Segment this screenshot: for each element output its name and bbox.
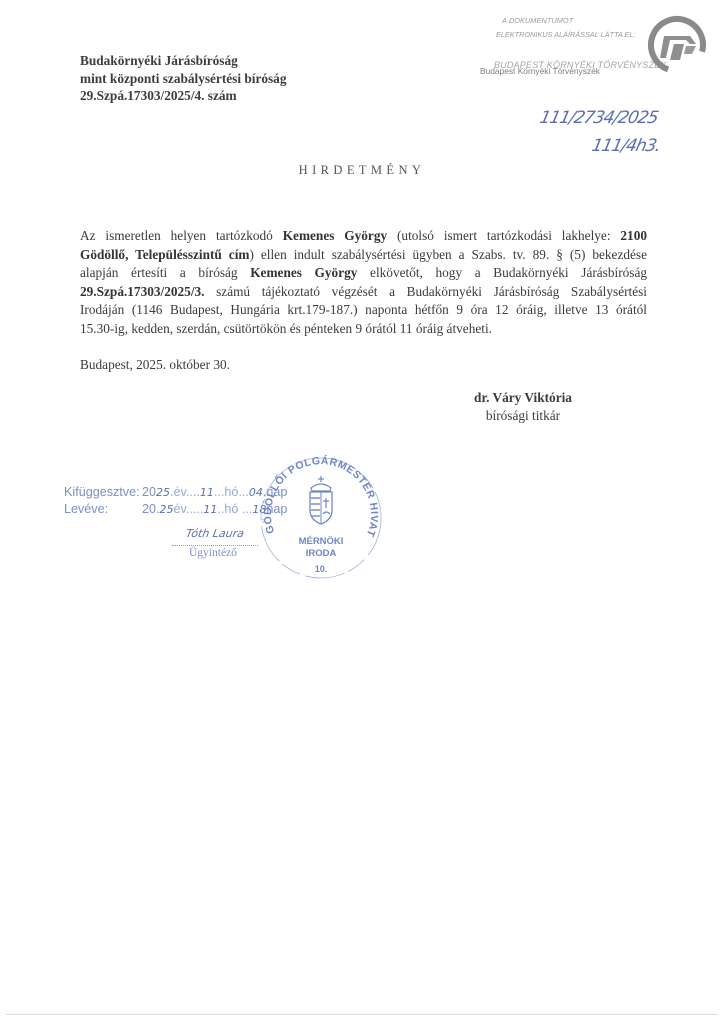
- body-line: alapján értesíti a bíróság Kemenes Györg…: [80, 264, 647, 283]
- esign-line-2: ELEKTRONIKUS ALÁÍRÁSSAL LÁTTA EL:: [496, 30, 636, 39]
- body-emphasis: 2100: [620, 228, 647, 243]
- document-title: HIRDETMÉNY: [0, 163, 724, 178]
- esign-line-1: A DOKUMENTUMOT: [502, 16, 573, 25]
- body-line: Az ismeretlen helyen tartózkodó Kemenes …: [80, 227, 647, 246]
- posted-year-handwritten: 25: [156, 486, 170, 499]
- official-signature: Tóth Laura: [185, 527, 245, 540]
- body-text: alapján értesíti a bíróság: [80, 265, 250, 280]
- notice-body: Az ismeretlen helyen tartózkodó Kemenes …: [80, 227, 647, 339]
- court-name: Budakörnyéki Járásbíróság: [80, 52, 286, 70]
- body-text: 15.30-ig, kedden, szerdán, csütörtökön é…: [80, 321, 492, 336]
- body-emphasis: Gödöllő, Településszintű cím: [80, 247, 249, 262]
- posted-label: Kifüggesztve:: [64, 484, 142, 501]
- body-line: 15.30-ig, kedden, szerdán, csütörtökön é…: [80, 320, 647, 339]
- body-emphasis: Kemenes György: [283, 228, 387, 243]
- court-header: Budakörnyéki Járásbíróság mint központi …: [80, 52, 286, 105]
- handwritten-sub-number: 111/4h3.: [590, 136, 662, 156]
- page-bottom-border: [6, 1014, 718, 1015]
- seal-center-line-2: IRODA: [306, 548, 337, 559]
- removed-row: Levéve:20.25év.....11..hó ...18nap: [64, 501, 287, 518]
- court-role: mint központi szabálysértési bíróság: [80, 70, 286, 88]
- posting-stamp: Kifüggesztve:2025.év....11...hó...04.nap…: [64, 484, 287, 518]
- body-text: Az ismeretlen helyen tartózkodó: [80, 228, 283, 243]
- case-number: 29.Szpá.17303/2025/4. szám: [80, 87, 286, 105]
- court-logo-icon: [646, 14, 708, 76]
- removed-month-handwritten: 11: [203, 503, 217, 516]
- body-text: ) ellen indult szabálysértési ügyben a S…: [249, 247, 647, 262]
- office-seal: GÖDÖLLŐI POLGÁRMESTER HIVATAL MÉRNÖKI IR…: [256, 446, 386, 581]
- posted-year-suffix: .év....: [170, 485, 200, 499]
- removed-year-prefix: 20.: [142, 502, 160, 516]
- body-text: Irodáján (1146 Budapest, Hungária krt.17…: [80, 302, 647, 317]
- body-line: Gödöllő, Településszintű cím) ellen indu…: [80, 246, 647, 265]
- document-date: Budapest, 2025. október 30.: [80, 357, 230, 373]
- seal-center-line-1: MÉRNÖKI: [299, 536, 344, 547]
- signature-line: [172, 545, 258, 546]
- signer-name: dr. Váry Viktória: [464, 389, 582, 407]
- signer-title: bírósági titkár: [464, 407, 582, 425]
- handwritten-file-number: 111/2734/2025: [538, 108, 660, 128]
- removed-year-suffix: év.....: [174, 502, 204, 516]
- posted-row: Kifüggesztve:2025.év....11...hó...04.nap: [64, 484, 287, 501]
- posted-year-prefix: 20: [142, 485, 156, 499]
- hungarian-coat-of-arms-icon: [310, 476, 332, 524]
- body-text: elkövetőt, hogy a Budakörnyéki Járásbíró…: [357, 265, 647, 280]
- esign-court-name-plain: Budapest Környéki Törvényszék: [480, 66, 600, 76]
- posted-month-suffix: ...hó...: [214, 485, 249, 499]
- body-line: Irodáján (1146 Budapest, Hungária krt.17…: [80, 301, 647, 320]
- signer-block: dr. Váry Viktória bírósági titkár: [464, 389, 582, 424]
- official-label: Ügyintéző: [189, 547, 237, 559]
- electronic-signature-stamp: A DOKUMENTUMOT ELEKTRONIKUS ALÁÍRÁSSAL L…: [480, 14, 650, 84]
- seal-number: 10.: [315, 564, 328, 574]
- removed-month-suffix: ..hó ...: [217, 502, 252, 516]
- removed-year-handwritten: 25: [160, 503, 174, 516]
- body-line: 29.Szpá.17303/2025/3. számú tájékoztató …: [80, 283, 647, 302]
- body-text: számú tájékoztató végzését a Budakörnyék…: [204, 284, 647, 299]
- body-emphasis: Kemenes György: [250, 265, 357, 280]
- body-text: (utolsó ismert tartózkodási lakhelye:: [387, 228, 620, 243]
- posted-month-handwritten: 11: [200, 486, 214, 499]
- removed-label: Levéve:: [64, 501, 142, 518]
- body-emphasis: 29.Szpá.17303/2025/3.: [80, 284, 204, 299]
